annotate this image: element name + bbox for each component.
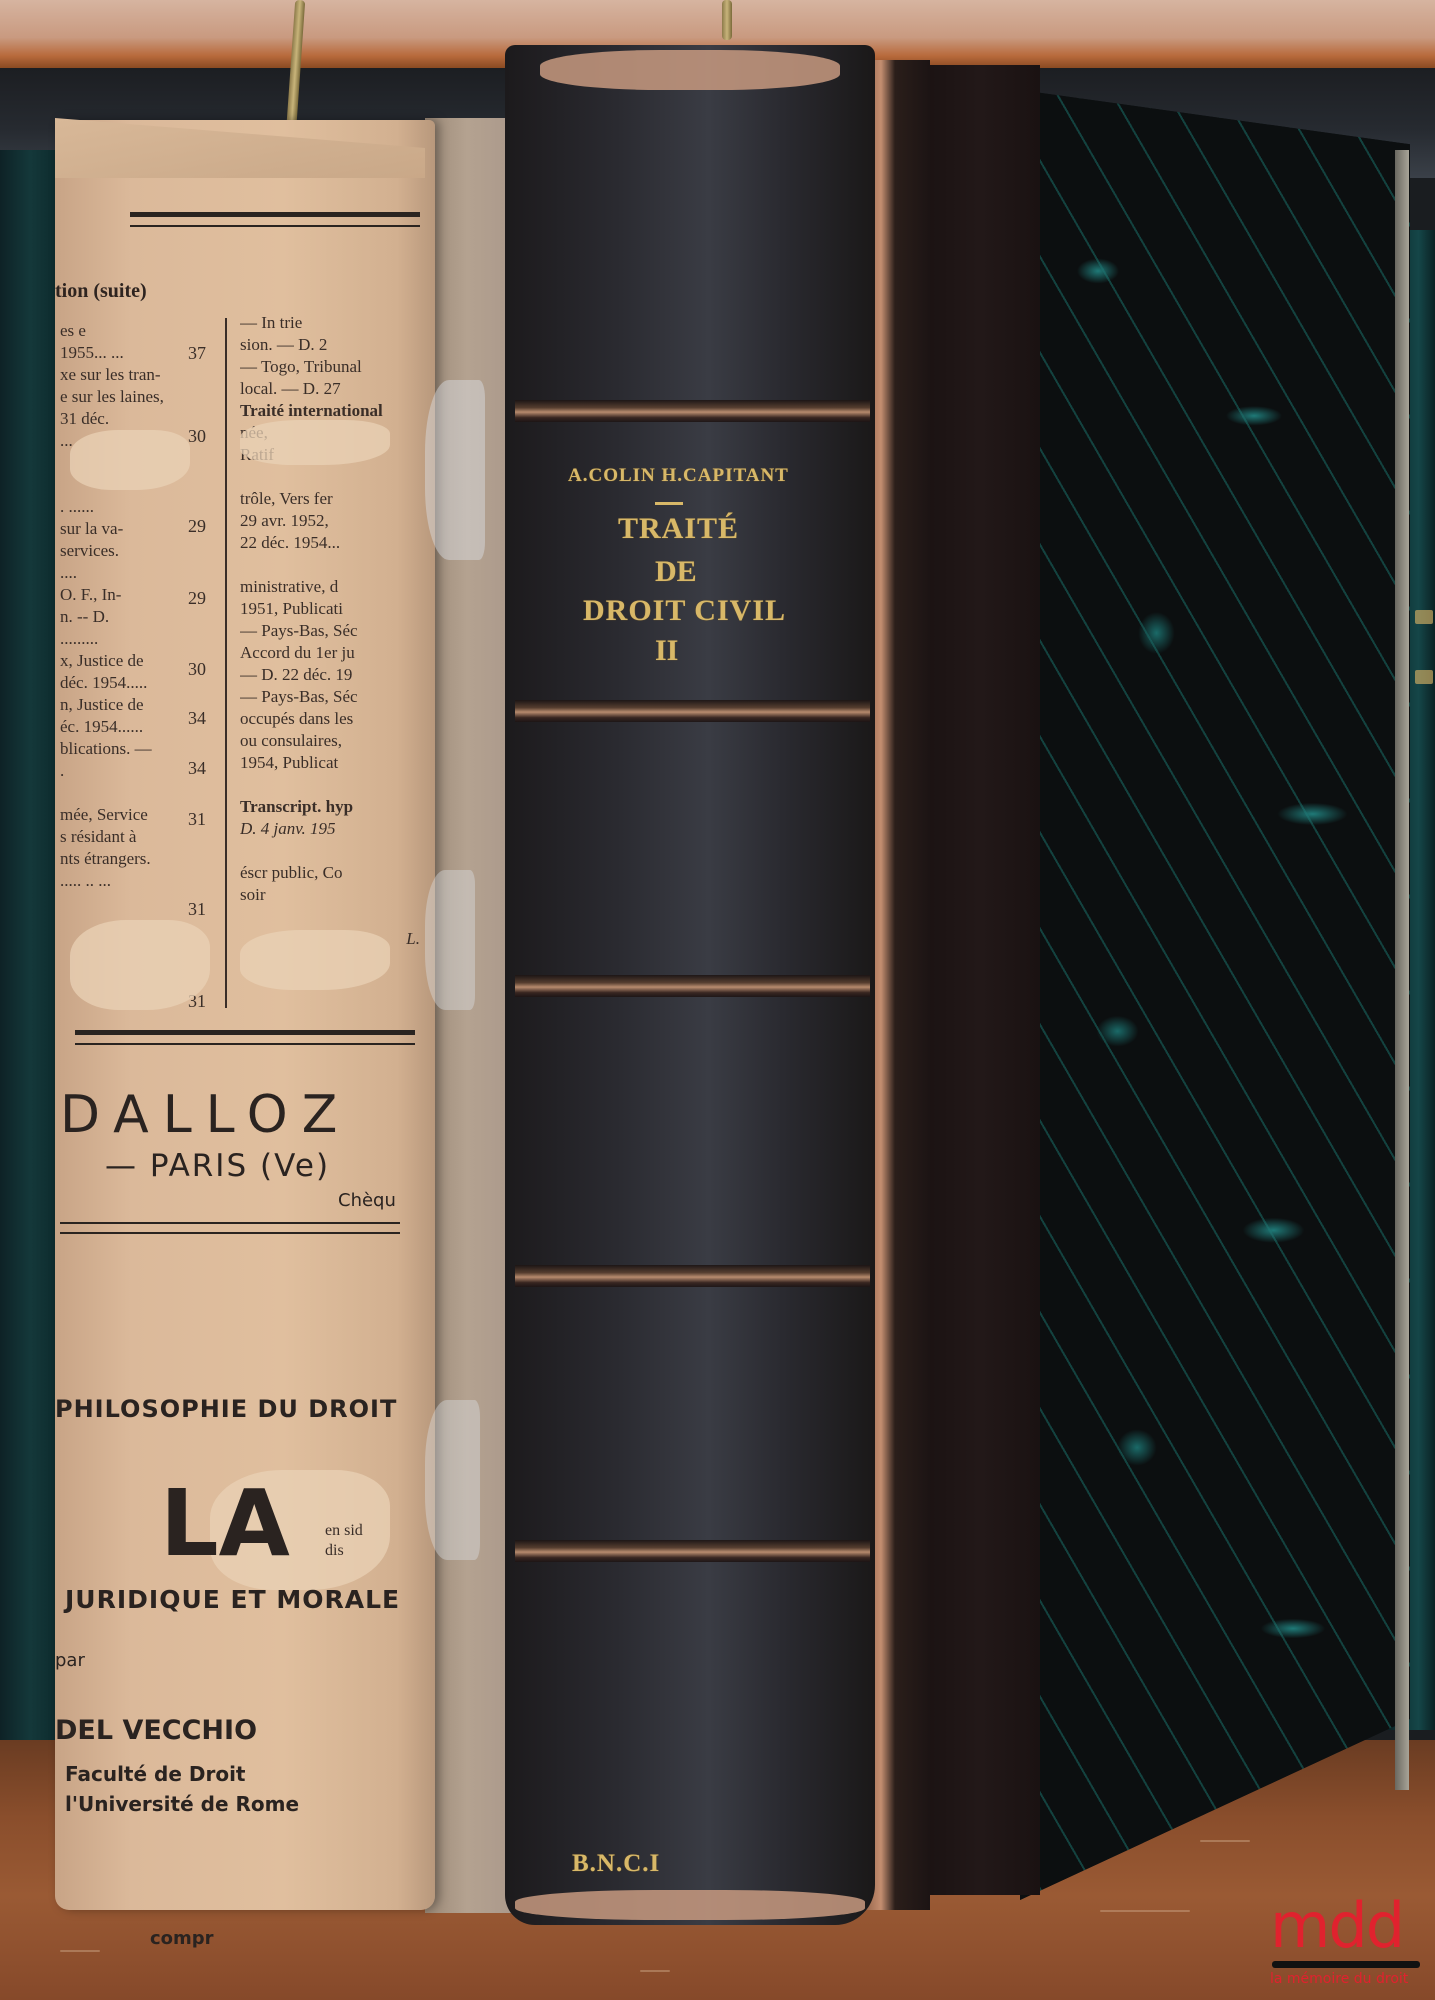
toc-line: sion. — D. 2 bbox=[240, 334, 420, 356]
spine-title-line: TRAITÉ bbox=[618, 512, 739, 546]
watermark-logo: mdd la mémoire du droit bbox=[1270, 1895, 1430, 1995]
toc-line: e sur les laines, bbox=[60, 386, 210, 408]
toc-line: n. -- D. bbox=[60, 606, 210, 628]
marbled-cover-board bbox=[1020, 90, 1410, 1900]
toc-right-column: — In trie sion. — D. 2 — Togo, Tribunal … bbox=[240, 312, 420, 950]
paper-damage bbox=[240, 930, 390, 990]
toc-line: services. bbox=[60, 540, 210, 562]
rule-lower bbox=[60, 1222, 400, 1234]
toc-page-number: 29 bbox=[188, 515, 206, 537]
series-title: PHILOSOPHIE DU DROIT bbox=[55, 1395, 397, 1423]
toc-line: es e bbox=[60, 320, 210, 342]
wood-scratch bbox=[640, 1970, 670, 1972]
toc-line bbox=[240, 774, 420, 796]
paper-damage bbox=[240, 420, 390, 465]
ribbon-bookmark bbox=[722, 0, 732, 40]
toc-line: — D. 22 déc. 19 bbox=[240, 664, 420, 686]
toc-line bbox=[240, 554, 420, 576]
book-subtitle: JURIDIQUE ET MORALE bbox=[65, 1585, 400, 1614]
toc-line: — Togo, Tribunal bbox=[240, 356, 420, 378]
spine-volume-number: II bbox=[655, 634, 678, 668]
toc-page-number: 31 bbox=[188, 898, 206, 920]
leather-wear bbox=[540, 50, 840, 90]
spine-raised-band bbox=[515, 1540, 870, 1562]
toc-line: 1954, Publicat bbox=[240, 752, 420, 774]
logo-bar bbox=[1272, 1961, 1420, 1968]
paper-damage bbox=[70, 920, 210, 1010]
toc-line bbox=[60, 782, 210, 804]
spine-authors: A.COLIN H.CAPITANT bbox=[568, 465, 789, 487]
logo-mark: mdd bbox=[1270, 1895, 1430, 1957]
publisher-name: DALLOZ bbox=[60, 1085, 351, 1145]
toc-line: soir bbox=[240, 884, 420, 906]
cheque-text: Chèqu bbox=[338, 1190, 396, 1211]
author-affiliation: Faculté de Droit bbox=[65, 1762, 246, 1786]
leather-cover-strip bbox=[920, 65, 1040, 1895]
toc-line: ou consulaires, bbox=[240, 730, 420, 752]
toc-page-number: 30 bbox=[188, 658, 206, 680]
toc-line: Accord du 1er ju bbox=[240, 642, 420, 664]
toc-line: — Pays-Bas, Séc bbox=[240, 686, 420, 708]
repair-tape bbox=[425, 380, 485, 560]
repair-tape bbox=[425, 870, 475, 1010]
wood-scratch bbox=[1100, 1910, 1190, 1912]
title-fragment: LA bbox=[160, 1470, 290, 1577]
toc-line: Traité international bbox=[240, 400, 420, 422]
page-edge bbox=[1395, 150, 1409, 1790]
spine-title-line: DE bbox=[655, 555, 697, 589]
spine-raised-band bbox=[515, 700, 870, 722]
toc-line: 1951, Publicati bbox=[240, 598, 420, 620]
toc-line bbox=[240, 466, 420, 488]
wood-scratch bbox=[60, 1950, 100, 1952]
rule-top bbox=[130, 212, 420, 227]
bottom-text: compr bbox=[150, 1928, 214, 1949]
gilt-detail bbox=[1415, 670, 1433, 684]
toc-line: — Pays-Bas, Séc bbox=[240, 620, 420, 642]
rule-middle bbox=[75, 1030, 415, 1045]
toc-page-number: 34 bbox=[188, 707, 206, 729]
author-affiliation: l'Université de Rome bbox=[65, 1792, 299, 1816]
toc-line: ministrative, d bbox=[240, 576, 420, 598]
toc-line bbox=[240, 906, 420, 928]
wood-scratch bbox=[1200, 1840, 1250, 1842]
toc-line: ..... .. ... bbox=[60, 870, 210, 892]
toc-page-number: 34 bbox=[188, 757, 206, 779]
toc-line: éscr public, Co bbox=[240, 862, 420, 884]
paper-damage bbox=[70, 430, 190, 490]
toc-line: 22 déc. 1954... bbox=[240, 532, 420, 554]
toc-page-number: 37 bbox=[188, 342, 206, 364]
toc-column-divider bbox=[225, 318, 227, 1008]
logo-tagline: la mémoire du droit bbox=[1270, 1971, 1430, 1987]
toc-line: D. 4 janv. 195 bbox=[240, 818, 420, 840]
toc-line: ......... bbox=[60, 628, 210, 650]
toc-page-number: 30 bbox=[188, 425, 206, 447]
gilt-detail bbox=[1415, 610, 1433, 624]
spine-raised-band bbox=[515, 400, 870, 422]
leather-wear bbox=[515, 1890, 865, 1920]
toc-line: local. — D. 27 bbox=[240, 378, 420, 400]
by-label: par bbox=[55, 1650, 85, 1671]
background-book-left bbox=[0, 150, 60, 1750]
toc-page-number: 31 bbox=[188, 808, 206, 830]
toc-line: Transcript. hyp bbox=[240, 796, 420, 818]
toc-line: occupés dans les bbox=[240, 708, 420, 730]
toc-line: xe sur les tran- bbox=[60, 364, 210, 386]
publisher-city: — PARIS (Ve) bbox=[105, 1148, 330, 1184]
spine-owner-mark: B.N.C.I bbox=[572, 1850, 660, 1878]
spine-raised-band bbox=[515, 975, 870, 997]
toc-heading: tion (suite) bbox=[55, 280, 147, 302]
toc-line: trôle, Vers fer bbox=[240, 488, 420, 510]
toc-line: 29 avr. 1952, bbox=[240, 510, 420, 532]
author-name: DEL VECCHIO bbox=[55, 1715, 257, 1746]
spine-title-line: DROIT CIVIL bbox=[583, 594, 786, 628]
repair-tape bbox=[425, 1400, 480, 1560]
spine-raised-band bbox=[515, 1265, 870, 1287]
tiny-text: dis bbox=[325, 1540, 344, 1562]
tiny-text: en sid bbox=[325, 1520, 363, 1542]
toc-page-number: 29 bbox=[188, 587, 206, 609]
gilt-rule bbox=[655, 502, 683, 505]
toc-line: — In trie bbox=[240, 312, 420, 334]
toc-line bbox=[240, 840, 420, 862]
toc-line: nts étrangers. bbox=[60, 848, 210, 870]
toc-line: .... bbox=[60, 562, 210, 584]
